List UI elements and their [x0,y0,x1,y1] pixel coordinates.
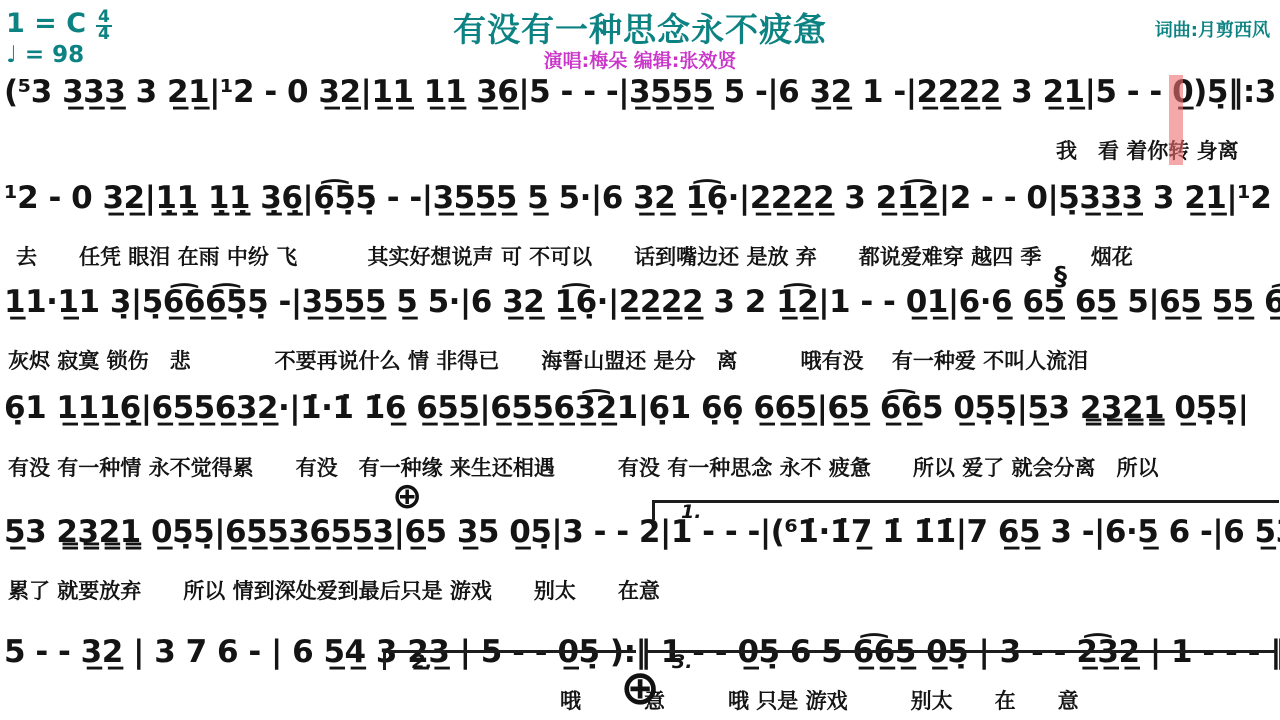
sheet-music-page: 1 = C 4 4 ♩ = 98 有没有一种思念永不疲惫 演唱:梅朵 编辑:张效… [0,0,1280,720]
notation-line-3: 1̲1·1̲1 3̣|5̣6̲͡6̲6̲͡5̣5̣ -|3̲5̲5̲5̲ 5̲ … [4,282,1280,322]
coda-icon: ⊕ [620,660,660,716]
lyricist-credit: 词曲:月剪西风 [1155,16,1270,42]
first-ending-bracket: 1. [652,500,1279,520]
lyrics-line-2: 去 任凭 眼泪 在雨 中纷 飞 其实好想说声 可 不可以 话到嘴边还 是放 弃 … [16,244,1133,270]
coda-icon: ⊕ [392,476,422,517]
third-ending-bracket: 3. [646,650,1276,670]
third-ending-label: 3. [672,654,692,671]
lyrics-line-5: 累了 就要放弃 所以 情到深处爱到最后只是 游戏 别太 在意 [8,578,660,604]
second-ending-bracket: 2. [383,650,636,670]
lyrics-line-3: 灰烬 寂寞 锁伤 悲 不要再说什么 情 非得已 海誓山盟还 是分 离 哦有没 有… [8,348,1088,374]
notation-line-1: (⁵3 3̲3̲3̲ 3 2̲1̲|¹2 - 0 3̲2̲|1̲1̲ 1̲1̲ … [4,72,1280,112]
segno-icon: § [1054,262,1067,292]
playback-cursor [1169,75,1183,165]
second-ending-label: 2. [412,654,432,671]
notation-line-4: 6̣1 1̲1̲1̲6̲̣|6̲5̲5̲6̲3̲2̲·|1̇·1̇ 1̇6̲ 6… [4,388,1248,428]
lyrics-line-4: 有没 有一种情 永不觉得累 有没 有一种缘 来生还相遇 有没 有一种思念 永不 … [8,455,1158,481]
lyrics-line-1: 我 看 着你转 身离 [1056,138,1239,164]
page-title: 有没有一种思念永不疲惫 [0,4,1280,51]
first-ending-label: 1. [681,504,701,521]
notation-line-2: ¹2 - 0 3̲2̲|1̲̣1̲̣ 1̲̣1̲̣ 3̲̣6̲̣|6̣͡5̣5̣… [4,178,1280,218]
performer-credits: 演唱:梅朵 编辑:张效贤 [0,46,1280,73]
